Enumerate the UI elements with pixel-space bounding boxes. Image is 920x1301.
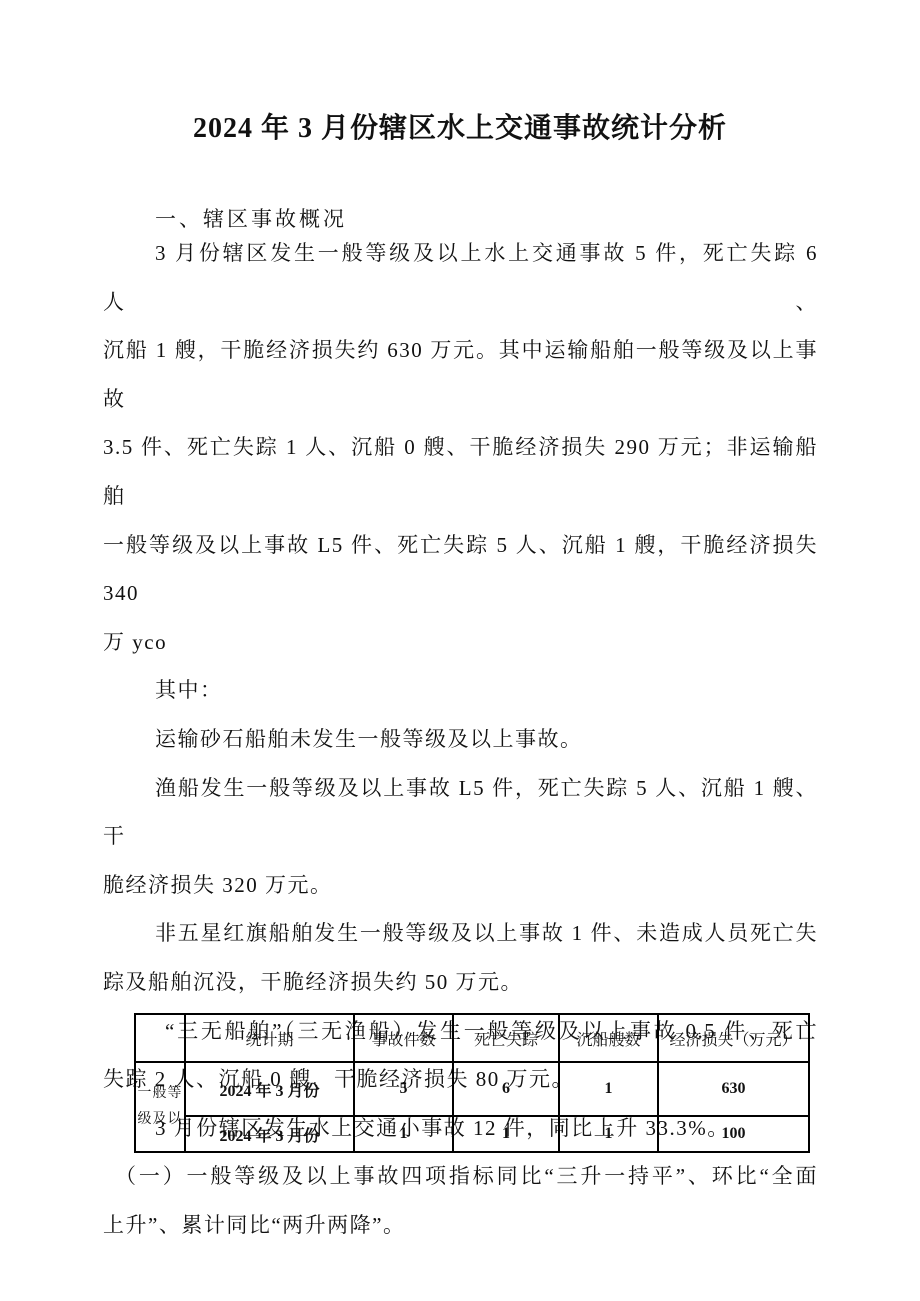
paragraph-line: 3.5 件、死亡失踪 1 人、沉船 0 艘、干脆经济损失 290 万元；非运输船… <box>103 423 818 520</box>
paragraph-line: 非五星红旗船舶发生一般等级及以上事故 1 件、未造成人员死亡失 <box>103 909 818 958</box>
paragraph-line: 运输砂石船舶未发生一般等级及以上事故。 <box>103 715 818 764</box>
table-header-period: 统计期 <box>185 1014 354 1062</box>
cell-deaths: 6 <box>453 1062 559 1116</box>
table-group-label: 一般等 级及以 <box>135 1062 185 1152</box>
paragraph-line: 万 yco <box>103 618 818 667</box>
cell-period: 2024 年 3 月份 <box>185 1116 354 1152</box>
subheading-line: （一）一般等级及以上事故四项指标同比“三升一持平”、环比“全面 <box>103 1152 818 1201</box>
paragraph-line: 其中： <box>103 666 818 715</box>
cell-loss: 630 <box>658 1062 809 1116</box>
document-page: { "document": { "title": "2024 年 3 月份辖区水… <box>0 0 920 1301</box>
cell-accidents: 5 <box>354 1062 453 1116</box>
table-row: 2024 年 3 月份 1 1 1 100 <box>135 1116 809 1152</box>
group-label-line: 级及以 <box>138 1112 183 1127</box>
table-header-sunk: 沉船艘数 <box>559 1014 658 1062</box>
subheading-line: 上升”、累计同比“两升两降”。 <box>103 1201 818 1250</box>
paragraph-line: 沉船 1 艘，干脆经济损失约 630 万元。其中运输船舶一般等级及以上事故 <box>103 326 818 423</box>
table-row: 一般等 级及以 2024 年 3 月份 5 6 1 630 <box>135 1062 809 1116</box>
cell-sunk: 1 <box>559 1116 658 1152</box>
paragraph-line: 脆经济损失 320 万元。 <box>103 861 818 910</box>
paragraph-line: 踪及船舶沉没，干脆经济损失约 50 万元。 <box>103 958 818 1007</box>
table-header-accidents: 事故件数 <box>354 1014 453 1062</box>
group-label-line: 一般等 <box>138 1086 183 1101</box>
cell-deaths: 1 <box>453 1116 559 1152</box>
cell-accidents: 1 <box>354 1116 453 1152</box>
table-corner-cell <box>135 1014 185 1062</box>
table-header-deaths: 死亡失踪 <box>453 1014 559 1062</box>
paragraph-line: 一般等级及以上事故 L5 件、死亡失踪 5 人、沉船 1 艘，干脆经济损失 34… <box>103 521 818 618</box>
paragraph-line: 渔船发生一般等级及以上事故 L5 件，死亡失踪 5 人、沉船 1 艘、干 <box>103 764 818 861</box>
table-header-loss: 经济损失（万元） <box>658 1014 809 1062</box>
statistics-table: 统计期 事故件数 死亡失踪 沉船艘数 经济损失（万元） 一般等 级及以 2024… <box>134 1013 810 1153</box>
cell-sunk: 1 <box>559 1062 658 1116</box>
paragraph-line: 3 月份辖区发生一般等级及以上水上交通事故 5 件，死亡失踪 6 人、 <box>103 229 818 326</box>
cell-loss: 100 <box>658 1116 809 1152</box>
table-header-row: 统计期 事故件数 死亡失踪 沉船艘数 经济损失（万元） <box>135 1014 809 1062</box>
cell-period: 2024 年 3 月份 <box>185 1062 354 1116</box>
page-title: 2024 年 3 月份辖区水上交通事故统计分析 <box>0 106 920 146</box>
